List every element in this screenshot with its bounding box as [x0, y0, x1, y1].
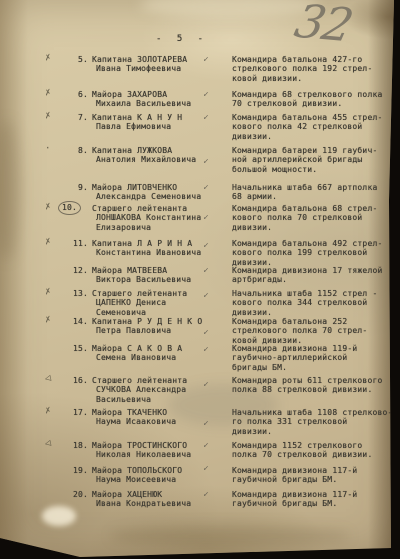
pencil-margin-mark: ✗ — [44, 314, 52, 324]
entry-number: 14. — [54, 317, 88, 326]
entry-number: 10. — [58, 201, 81, 215]
entry-name: Майора ТОПОЛЬСКОГОНаума Моисеевича — [92, 466, 204, 485]
position-line: Начальника штаба 1152 стрел - — [232, 289, 396, 298]
name-line: Семена Ивановича — [92, 353, 204, 362]
entry-name: Старшего лейтенантаСУЧКОВА АлександраВас… — [92, 376, 204, 404]
entry-position: Начальника штаба 1108 стрелково-го полка… — [232, 408, 396, 436]
position-line: гаубичной бригады БМ. — [232, 499, 396, 508]
position-line: гаубичной бригады БМ. — [232, 475, 396, 484]
pencil-checkmark: ✓ — [203, 158, 209, 168]
entry-position: Командира батальона 68 стрел-кового полк… — [232, 204, 396, 232]
name-line: Александра Семеновича — [92, 192, 204, 201]
position-line: Командира батальона 252 — [232, 317, 396, 326]
entry-name: Майора ТКАЧЕНКОНаума Исааковича — [92, 408, 204, 427]
page-number-header: - 5 - — [156, 35, 208, 44]
position-line: Начальника штаба 667 артполка — [232, 183, 396, 192]
position-line: дивизии. — [232, 223, 396, 232]
name-line: Старшего лейтенанта — [92, 204, 204, 213]
name-line: Капитана ЗОЛОТАРЕВА — [92, 55, 204, 64]
name-line: Наума Моисеевича — [92, 475, 204, 484]
name-line: ЦАПЕНКО Дениса — [92, 298, 204, 307]
pencil-checkmark: ✓ — [203, 184, 209, 194]
name-line: Капитана ЛУЖКОВА — [92, 146, 204, 155]
name-line: Капитана Л А Р И Н А — [92, 239, 204, 248]
entry-position: Начальника штаба 667 артполка68 армии. — [232, 183, 396, 202]
pencil-checkmark: ✓ — [203, 346, 209, 356]
name-line: Николая Николаевича — [92, 450, 204, 459]
pencil-margin-mark: ✗ — [44, 87, 52, 97]
scanned-page: - 5 - 32 ✗ 5. Капитана ЗОЛОТАРЕВАИвана Т… — [0, 0, 400, 559]
name-line: Старшего лейтенанта — [92, 289, 204, 298]
name-line: Семеновича — [92, 308, 204, 317]
position-line: Командира роты 611 стрелкового — [232, 376, 396, 385]
pencil-checkmark: ✓ — [203, 56, 209, 66]
pencil-checkmark: ✓ — [203, 91, 209, 101]
name-line: Майора ХАЦЕНЮК — [92, 490, 204, 499]
entry-name: Майора ЗАХАРОВАМихаила Васильевича — [92, 90, 204, 109]
entry-position: Командира 1152 стрелковогополка 70 стрел… — [232, 441, 396, 460]
entry-number: 18. — [54, 441, 88, 450]
name-line: Михаила Васильевича — [92, 99, 204, 108]
position-line: Командира батальона 68 стрел- — [232, 204, 396, 213]
position-line: Командира дивизиона 117-й — [232, 466, 396, 475]
entry-number: 5. — [54, 55, 88, 64]
position-line: кового полка 70 стрелковой — [232, 213, 396, 222]
position-line: стрелкового полка 70 стрел- — [232, 326, 396, 335]
entry-number: 20. — [54, 490, 88, 499]
name-line: Майора ЛИТОВЧЕНКО — [92, 183, 204, 192]
entry-number: 7. — [54, 113, 88, 122]
entry-name: Старшего лейтенантаЛОНШАКОВА Константина… — [92, 204, 204, 232]
entry-number: 17. — [54, 408, 88, 417]
name-line: Майора МАТВЕЕВА — [92, 266, 204, 275]
name-line: Ивана Кондратьевича — [92, 499, 204, 508]
position-line: ковой дивизии. — [232, 74, 396, 83]
position-line: артбригады. — [232, 275, 396, 284]
name-line: Капитана Р У Д Е Н К О — [92, 317, 204, 326]
entry-number: 16. — [54, 376, 88, 385]
pencil-checkmark: ✓ — [203, 114, 209, 124]
pencil-margin-mark: ✗ — [44, 405, 52, 415]
entry-position: Командира батальона 252стрелкового полка… — [232, 317, 396, 345]
position-line: ной артиллерийской бригады — [232, 155, 396, 164]
pencil-checkmark: ✓ — [203, 292, 209, 302]
position-line: го полка 331 стрелковой — [232, 417, 396, 426]
entry-name: Капитана Р У Д Е Н К ОПетра Павловича — [92, 317, 204, 336]
entry-position: Командира дивизиона 119-йгаубично-артилл… — [232, 344, 396, 372]
position-line: кового полка 344 стрелковой — [232, 298, 396, 307]
entry-number: 19. — [54, 466, 88, 475]
entry-position: Командира батальона 455 стрел-кового пол… — [232, 113, 396, 141]
name-line: Павла Ефимовича — [92, 122, 204, 131]
entry-name: Капитана К А Н У НПавла Ефимовича — [92, 113, 204, 132]
entry-position: Командира дивизиона 117-йгаубичной брига… — [232, 466, 396, 485]
pencil-margin-mark: ◁ — [44, 373, 52, 383]
name-line: Майора ТКАЧЕНКО — [92, 408, 204, 417]
entry-number: 11. — [54, 239, 88, 248]
entry-name: Майора С А К О В АСемена Ивановича — [92, 344, 204, 363]
name-line: Наума Исааковича — [92, 417, 204, 426]
position-line: Командира батальона 455 стрел- — [232, 113, 396, 122]
position-line: Командира 1152 стрелкового — [232, 441, 396, 450]
name-line: СУЧКОВА Александра — [92, 385, 204, 394]
name-line: Константина Ивановича — [92, 248, 204, 257]
handwritten-page-number: 32 — [291, 0, 356, 48]
position-line: Командира батальона 427-го — [232, 55, 396, 64]
pencil-checkmark: ✓ — [203, 214, 209, 224]
entry-name: Майора ХАЦЕНЮКИвана Кондратьевича — [92, 490, 204, 509]
position-line: Командира 68 стрелкового полка — [232, 90, 396, 99]
pencil-margin-mark: ✗ — [44, 201, 52, 211]
pencil-margin-mark: · — [44, 143, 52, 153]
name-line: Анатолия Михайловича — [92, 155, 204, 164]
position-line: стрелкового полка 192 стрел- — [232, 64, 396, 73]
name-line: Майора ЗАХАРОВА — [92, 90, 204, 99]
position-line: гаубично-артиллерийской — [232, 353, 396, 362]
entry-position: Начальника штаба 1152 стрел -кового полк… — [232, 289, 396, 317]
name-line: ЛОНШАКОВА Константина — [92, 213, 204, 222]
pencil-checkmark: ✓ — [203, 242, 209, 252]
name-line: Майора С А К О В А — [92, 344, 204, 353]
name-line: Майора ТОПОЛЬСКОГО — [92, 466, 204, 475]
entry-number: 13. — [54, 289, 88, 298]
position-line: Начальника штаба 1108 стрелково- — [232, 408, 396, 417]
paper-stain — [42, 506, 76, 526]
entry-position: Командира батальона 427-гострелкового по… — [232, 55, 396, 83]
entry-position: Командира дивизиона 17 тяжелойартбригады… — [232, 266, 396, 285]
entry-name: Старшего лейтенантаЦАПЕНКО ДенисаСеменов… — [92, 289, 204, 317]
pencil-margin-mark: ✗ — [44, 286, 52, 296]
position-line: полка 88 стрелковой дивизии. — [232, 385, 396, 394]
position-line: 68 армии. — [232, 192, 396, 201]
pencil-checkmark: ✓ — [203, 267, 209, 277]
pencil-checkmark: ✓ — [203, 420, 209, 430]
entry-number: 8. — [54, 146, 88, 155]
pencil-checkmark: ✓ — [203, 442, 209, 452]
position-line: большой мощности. — [232, 165, 396, 174]
pencil-checkmark: ✓ — [203, 465, 209, 475]
position-line: Командира дивизиона 17 тяжелой — [232, 266, 396, 275]
paper-stain — [140, 0, 320, 18]
pencil-margin-mark: ✗ — [44, 236, 52, 246]
position-line: Командира дивизиона 119-й — [232, 344, 396, 353]
pencil-checkmark: ✓ — [203, 491, 209, 501]
entry-position: Командира 68 стрелкового полка70 стрелко… — [232, 90, 396, 109]
name-line: Васильевича — [92, 395, 204, 404]
name-line: Елизаровича — [92, 223, 204, 232]
name-line: Старшего лейтенанта — [92, 376, 204, 385]
name-line: Ивана Тимофеевича — [92, 64, 204, 73]
entry-name: Капитана ЛУЖКОВААнатолия Михайловича — [92, 146, 204, 165]
position-line: Командира батареи 119 гаубич- — [232, 146, 396, 155]
position-line: 70 стрелковой дивизии. — [232, 99, 396, 108]
entry-name: Майора МАТВЕЕВАВиктора Васильевича — [92, 266, 204, 285]
pencil-margin-mark: ✗ — [44, 110, 52, 120]
entry-position: Командира дивизиона 117-йгаубичной брига… — [232, 490, 396, 509]
entry-number: 9. — [54, 183, 88, 192]
name-line: Капитана К А Н У Н — [92, 113, 204, 122]
pencil-checkmark: ✓ — [203, 381, 209, 391]
entry-name: Майора ТРОСТИНСКОГОНиколая Николаевича — [92, 441, 204, 460]
position-line: кового полка 199 стрелковой — [232, 248, 396, 257]
pencil-margin-mark: ✗ — [44, 52, 52, 62]
position-line: Командира батальона 492 стрел- — [232, 239, 396, 248]
position-line: дивизии. — [232, 427, 396, 436]
position-line: дивизии. — [232, 132, 396, 141]
entry-position: Командира роты 611 стрелковогополка 88 с… — [232, 376, 396, 395]
pencil-margin-mark: ◁ — [44, 438, 52, 448]
position-line: полка 70 стрелковой дивизии. — [232, 450, 396, 459]
name-line: Виктора Васильевича — [92, 275, 204, 284]
position-line: бригады БМ. — [232, 363, 396, 372]
entry-name: Капитана ЗОЛОТАРЕВАИвана Тимофеевича — [92, 55, 204, 74]
entry-number: 6. — [54, 90, 88, 99]
name-line: Петра Павловича — [92, 326, 204, 335]
entry-position: Командира батареи 119 гаубич-ной артилле… — [232, 146, 396, 174]
entry-name: Капитана Л А Р И Н АКонстантина Иванович… — [92, 239, 204, 258]
paper-stain — [110, 525, 350, 547]
paper-stain — [0, 120, 20, 260]
entry-name: Майора ЛИТОВЧЕНКОАлександра Семеновича — [92, 183, 204, 202]
position-line: кового полка 42 стрелковой — [232, 122, 396, 131]
position-line: Командира дивизиона 117-й — [232, 490, 396, 499]
position-line: дивизии. — [232, 308, 396, 317]
entry-number: 15. — [54, 344, 88, 353]
name-line: Майора ТРОСТИНСКОГО — [92, 441, 204, 450]
pencil-checkmark: ✓ — [203, 329, 209, 339]
entry-position: Командира батальона 492 стрел-кового пол… — [232, 239, 396, 267]
entry-number: 12. — [54, 266, 88, 275]
